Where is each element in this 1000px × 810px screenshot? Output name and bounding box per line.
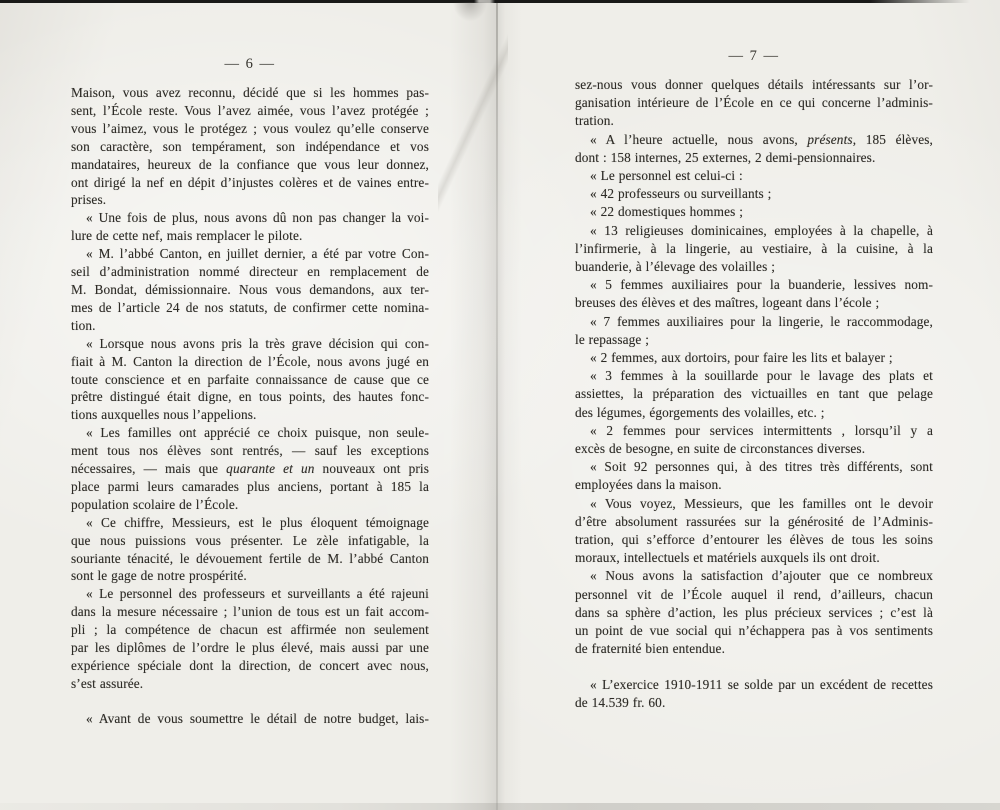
text-line: dont : 158 internes, 25 externes, 2 demi…: [575, 149, 933, 167]
text-line: « 42 professeurs ou surveillants ;: [575, 185, 933, 203]
text-line: tration.: [575, 112, 933, 130]
text-line: expérience spéciale dont la direction, d…: [71, 657, 429, 675]
text-segment: ont dirigé la nef en dépit d’injustes co…: [71, 175, 429, 190]
text-segment: « 13 religieuses dominicaines, employées…: [590, 223, 933, 238]
text-line: sez-nous vous donner quelques détails in…: [575, 76, 933, 94]
text-line: place parmi leurs camarades plus anciens…: [71, 478, 429, 496]
text-line: « 5 femmes auxiliaires pour la buanderie…: [575, 276, 933, 294]
paragraph: « A l’heure actuelle, nous avons, présen…: [575, 131, 933, 167]
text-segment: « Le personnel des professeurs et survei…: [86, 586, 429, 601]
text-line: prêtre distingué était digne, en tous po…: [71, 388, 429, 406]
text-segment: seil d’administration nommé directeur en…: [71, 264, 429, 279]
text-line: moraux, intellectuels et matériels auxqu…: [575, 549, 933, 567]
text-segment: « A l’heure actuelle, nous avons,: [590, 132, 807, 147]
paper-crease: [438, 8, 508, 238]
text-segment: souriante ténacité, le dévouement fertil…: [71, 551, 429, 566]
text-segment: expérience spéciale dont la direction, d…: [71, 658, 429, 673]
text-line: sent, l’École reste. Vous l’avez aimée, …: [71, 102, 429, 120]
page-7: — 7 — sez-nous vous donner quelques déta…: [575, 48, 933, 712]
text-line: le repassage ;: [575, 331, 933, 349]
text-segment: « 2 femmes, aux dortoirs, pour faire les…: [590, 350, 893, 365]
text-segment: personnel vit de l’École auquel il rend,…: [575, 587, 933, 602]
text-segment: « Lorsque nous avons pris la très grave …: [86, 336, 429, 351]
paragraph: « Avant de vous soumettre le détail de n…: [71, 710, 429, 728]
text-segment: breuses des élèves et des maîtres, logea…: [575, 295, 879, 310]
text-line: tions auxquelles nous l’appelions.: [71, 406, 429, 424]
text-segment: « Vous voyez, Messieurs, que les famille…: [590, 496, 933, 511]
text-segment: son caractère, son tempérament, son indé…: [71, 139, 429, 154]
paragraph: « 42 professeurs ou surveillants ;: [575, 185, 933, 203]
text-segment: dans la mesure nécessaire ; l’union de t…: [71, 604, 429, 619]
text-line: « M. l’abbé Canton, en juillet dernier, …: [71, 245, 429, 263]
text-line: par les diplômes de l’ordre le plus élev…: [71, 639, 429, 657]
text-line: s’est assurée.: [71, 675, 429, 693]
text-segment: Maison, vous avez reconnu, décidé que si…: [71, 85, 429, 100]
text-segment: « Nous avons la satisfaction d’ajouter q…: [590, 568, 933, 583]
text-line: « Avant de vous soumettre le détail de n…: [71, 710, 429, 728]
text-segment: « 7 femmes auxiliaires pour la lingerie,…: [590, 314, 933, 329]
text-line: prises.: [71, 191, 429, 209]
text-line: breuses des élèves et des maîtres, logea…: [575, 294, 933, 312]
text-line: « Le personnel des professeurs et survei…: [71, 585, 429, 603]
text-line: « Vous voyez, Messieurs, que les famille…: [575, 495, 933, 513]
text-line: de fraternité bien entendue.: [575, 640, 933, 658]
text-block: sez-nous vous donner quelques détails in…: [575, 76, 933, 712]
text-segment: prises.: [71, 192, 106, 207]
text-line: buanderie, à l’élevage des volailles ;: [575, 258, 933, 276]
page-number-header: — 6 —: [71, 56, 429, 72]
text-segment: l’infirmerie, à la lingerie, au vestiair…: [575, 241, 933, 256]
text-segment: moraux, intellectuels et matériels auxqu…: [575, 550, 880, 565]
text-segment: de fraternité bien entendue.: [575, 641, 725, 656]
paragraph: « M. l’abbé Canton, en juillet dernier, …: [71, 245, 429, 335]
paragraph: « Soit 92 personnes qui, à des titres tr…: [575, 458, 933, 494]
text-line: excès de besogne, en suite de circonstan…: [575, 440, 933, 458]
text-line: mandataires, heureux de la confiance que…: [71, 156, 429, 174]
text-line: vous l’aimez, vous le protégez ; vous vo…: [71, 120, 429, 138]
text-line: ganisation intérieure de l’École en ce q…: [575, 94, 933, 112]
page-6: — 6 — Maison, vous avez reconnu, décidé …: [71, 56, 429, 728]
text-segment: « Le personnel est celui-ci :: [590, 168, 743, 183]
text-segment: des légumes, égorgements des volailles, …: [575, 405, 825, 420]
text-segment: sont le gage de notre prospérité.: [71, 568, 247, 583]
paragraph: « Le personnel est celui-ci :: [575, 167, 933, 185]
text-line: personnel vit de l’École auquel il rend,…: [575, 586, 933, 604]
text-line: tion.: [71, 317, 429, 335]
text-segment: sent, l’École reste. Vous l’avez aimée, …: [71, 103, 429, 118]
text-segment: assiettes, la préparation des victuaille…: [575, 386, 933, 401]
text-line: « Lorsque nous avons pris la très grave …: [71, 335, 429, 353]
text-segment: « Ce chiffre, Messieurs, est le plus élo…: [86, 515, 429, 530]
text-block: Maison, vous avez reconnu, décidé que si…: [71, 84, 429, 728]
text-line: un point de vue social qui n’échappera p…: [575, 622, 933, 640]
text-segment: sez-nous vous donner quelques détails in…: [575, 77, 933, 92]
text-line: souriante ténacité, le dévouement fertil…: [71, 550, 429, 568]
text-segment: « Une fois de plus, nous avons dû non pa…: [86, 210, 429, 225]
paragraph: « Les familles ont apprécié ce choix pui…: [71, 424, 429, 514]
scan-top-edge: [0, 0, 1000, 3]
text-line: assiettes, la préparation des victuaille…: [575, 385, 933, 403]
text-segment: « L’exercice 1910-1911 se solde par un e…: [590, 677, 933, 692]
text-segment: « Soit 92 personnes qui, à des titres tr…: [590, 459, 933, 474]
text-segment: « 5 femmes auxiliaires pour la buanderie…: [590, 277, 933, 292]
text-segment: ganisation intérieure de l’École en ce q…: [575, 95, 933, 110]
scanned-book-spread: — 6 — Maison, vous avez reconnu, décidé …: [0, 0, 1000, 810]
paragraph: « 7 femmes auxiliaires pour la lingerie,…: [575, 313, 933, 349]
text-segment: « 3 femmes à la souillarde pour le lavag…: [590, 368, 933, 383]
text-segment: tration.: [575, 113, 614, 128]
text-segment: « 42 professeurs ou surveillants ;: [590, 186, 772, 201]
text-line: « 7 femmes auxiliaires pour la lingerie,…: [575, 313, 933, 331]
text-segment: « Les familles ont apprécié ce choix pui…: [86, 425, 429, 440]
text-segment: s’est assurée.: [71, 676, 143, 691]
text-segment: d’être absolument rassurées sur la génér…: [575, 514, 933, 529]
text-line: Maison, vous avez reconnu, décidé que si…: [71, 84, 429, 102]
text-line: « L’exercice 1910-1911 se solde par un e…: [575, 676, 933, 694]
text-line: « Une fois de plus, nous avons dû non pa…: [71, 209, 429, 227]
italic-text: présents: [807, 132, 852, 147]
text-line: « Ce chiffre, Messieurs, est le plus élo…: [71, 514, 429, 532]
paragraph: « 5 femmes auxiliaires pour la buanderie…: [575, 276, 933, 312]
text-segment: vous l’aimez, vous le protégez ; vous vo…: [71, 121, 429, 136]
italic-text: quarante et un: [226, 461, 314, 476]
text-segment: employées dans la maison.: [575, 477, 722, 492]
text-segment: le repassage ;: [575, 332, 649, 347]
text-segment: toute conscience et en parfaite connaiss…: [71, 372, 429, 387]
text-line: « Soit 92 personnes qui, à des titres tr…: [575, 458, 933, 476]
scan-bottom-edge: [0, 803, 1000, 810]
text-segment: tions auxquelles nous l’appelions.: [71, 407, 257, 422]
text-segment: nécessaires, — mais que: [71, 461, 226, 476]
paragraph: « 3 femmes à la souillarde pour le lavag…: [575, 367, 933, 422]
text-line: « Les familles ont apprécié ce choix pui…: [71, 424, 429, 442]
text-segment: dont : 158 internes, 25 externes, 2 demi…: [575, 150, 875, 165]
paragraph: « Ce chiffre, Messieurs, est le plus élo…: [71, 514, 429, 586]
text-line: nécessaires, — mais que quarante et un n…: [71, 460, 429, 478]
text-segment: « 2 femmes pour services intermittents ,…: [590, 423, 933, 438]
text-line: ment tous nos élèves sont rentrés, — sau…: [71, 442, 429, 460]
text-line: que nous puissions vous présenter. Le zè…: [71, 532, 429, 550]
text-segment: , 185 élèves,: [853, 132, 933, 147]
text-line: « Le personnel est celui-ci :: [575, 167, 933, 185]
text-segment: dans sa sphère d’action, les plus précie…: [575, 605, 933, 620]
text-line: sont le gage de notre prospérité.: [71, 567, 429, 585]
text-segment: fiait à M. Canton la direction de l’Écol…: [71, 354, 429, 369]
text-segment: pli ; la compétence de chacun est affirm…: [71, 622, 429, 637]
text-line: toute conscience et en parfaite connaiss…: [71, 371, 429, 389]
paragraph: sez-nous vous donner quelques détails in…: [575, 76, 933, 131]
text-line: employées dans la maison.: [575, 476, 933, 494]
text-line: des légumes, égorgements des volailles, …: [575, 404, 933, 422]
text-line: son caractère, son tempérament, son indé…: [71, 138, 429, 156]
text-line: ont dirigé la nef en dépit d’injustes co…: [71, 174, 429, 192]
text-segment: nouveaux ont pris: [315, 461, 429, 476]
text-segment: un point de vue social qui n’échappera p…: [575, 623, 933, 638]
text-line: « Nous avons la satisfaction d’ajouter q…: [575, 567, 933, 585]
text-line: « 3 femmes à la souillarde pour le lavag…: [575, 367, 933, 385]
text-segment: excès de besogne, en suite de circonstan…: [575, 441, 865, 456]
paragraph: « Vous voyez, Messieurs, que les famille…: [575, 495, 933, 568]
text-line: dans la mesure nécessaire ; l’union de t…: [71, 603, 429, 621]
text-line: « 13 religieuses dominicaines, employées…: [575, 222, 933, 240]
text-segment: tion.: [71, 318, 96, 333]
text-line: lure de cette nef, mais remplacer le pil…: [71, 227, 429, 245]
page-number-header: — 7 —: [575, 48, 933, 64]
text-line: seil d’administration nommé directeur en…: [71, 263, 429, 281]
text-segment: par les diplômes de l’ordre le plus élev…: [71, 640, 429, 655]
paragraph: « Le personnel des professeurs et survei…: [71, 585, 429, 692]
text-segment: M. Bondat, démissionnaire. Nous vous dem…: [71, 282, 429, 297]
text-line: d’être absolument rassurées sur la génér…: [575, 513, 933, 531]
text-segment: mandataires, heureux de la confiance que…: [71, 157, 429, 172]
text-line: population scolaire de l’École.: [71, 496, 429, 514]
paragraph: « Nous avons la satisfaction d’ajouter q…: [575, 567, 933, 658]
text-segment: ment tous nos élèves sont rentrés, — sau…: [71, 443, 429, 458]
text-line: « 2 femmes pour services intermittents ,…: [575, 422, 933, 440]
paragraph: « Une fois de plus, nous avons dû non pa…: [71, 209, 429, 245]
text-line: « A l’heure actuelle, nous avons, présen…: [575, 131, 933, 149]
text-segment: buanderie, à l’élevage des volailles ;: [575, 259, 775, 274]
paragraph: « 13 religieuses dominicaines, employées…: [575, 222, 933, 277]
text-segment: population scolaire de l’École.: [71, 497, 238, 512]
paragraph: « 2 femmes pour services intermittents ,…: [575, 422, 933, 458]
text-line: tration, qui s’efforce d’entourer les él…: [575, 531, 933, 549]
text-segment: « Avant de vous soumettre le détail de n…: [86, 711, 429, 726]
text-line: pli ; la compétence de chacun est affirm…: [71, 621, 429, 639]
text-segment: place parmi leurs camarades plus anciens…: [71, 479, 429, 494]
text-line: l’infirmerie, à la lingerie, au vestiair…: [575, 240, 933, 258]
text-segment: de 14.539 fr. 60.: [575, 695, 665, 710]
text-line: dans sa sphère d’action, les plus précie…: [575, 604, 933, 622]
paragraph: « L’exercice 1910-1911 se solde par un e…: [575, 676, 933, 712]
text-segment: prêtre distingué était digne, en tous po…: [71, 389, 429, 404]
text-segment: « M. l’abbé Canton, en juillet dernier, …: [86, 246, 429, 261]
text-line: de 14.539 fr. 60.: [575, 694, 933, 712]
paragraph: « Lorsque nous avons pris la très grave …: [71, 335, 429, 425]
text-line: « 2 femmes, aux dortoirs, pour faire les…: [575, 349, 933, 367]
text-segment: que nous puissions vous présenter. Le zè…: [71, 533, 429, 548]
paragraph: Maison, vous avez reconnu, décidé que si…: [71, 84, 429, 209]
text-line: M. Bondat, démissionnaire. Nous vous dem…: [71, 281, 429, 299]
text-segment: tration, qui s’efforce d’entourer les él…: [575, 532, 933, 547]
text-segment: « 22 domestiques hommes ;: [590, 204, 743, 219]
text-line: fiait à M. Canton la direction de l’Écol…: [71, 353, 429, 371]
text-line: mes de l’article 24 de nos statuts, de c…: [71, 299, 429, 317]
text-segment: lure de cette nef, mais remplacer le pil…: [71, 228, 302, 243]
text-line: « 22 domestiques hommes ;: [575, 203, 933, 221]
paragraph: « 22 domestiques hommes ;: [575, 203, 933, 221]
paragraph: « 2 femmes, aux dortoirs, pour faire les…: [575, 349, 933, 367]
text-segment: mes de l’article 24 de nos statuts, de c…: [71, 300, 429, 315]
scan-top-fold-shadow: [448, 2, 492, 28]
